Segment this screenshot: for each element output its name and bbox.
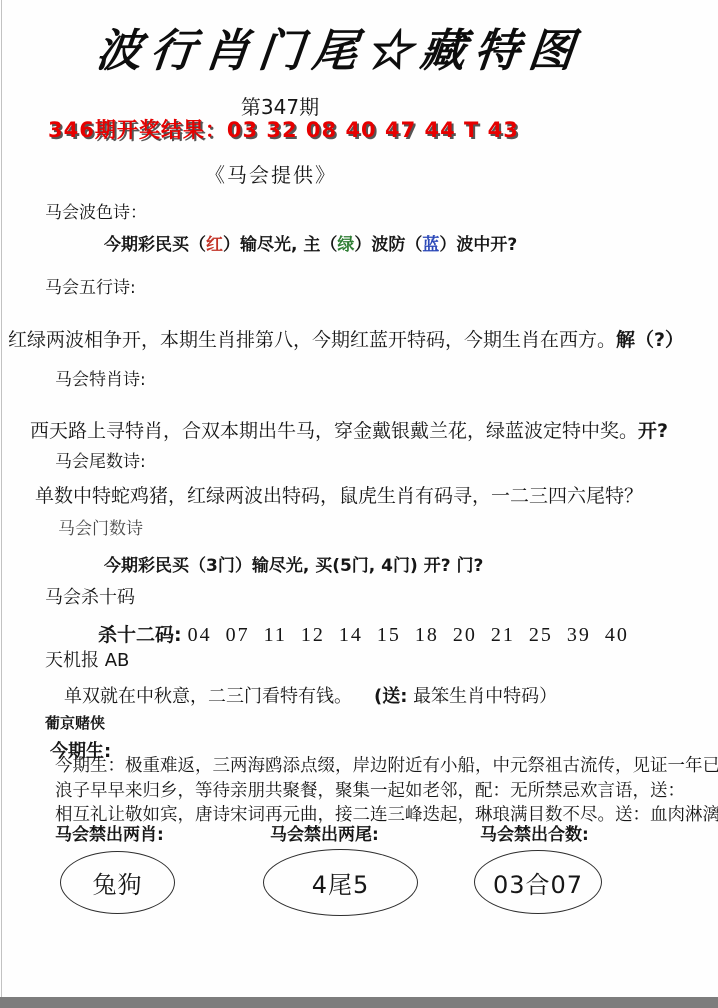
special-zodiac-text: 西天路上寻特肖，合双本期出牛马，穿金戴银戴兰花，绿蓝波定特中奖。: [30, 420, 638, 442]
left-border-line: [1, 0, 2, 1008]
forbidden-sum-oval: 03合07: [474, 850, 602, 914]
section-label-wave-color-poem: 马会波色诗：: [45, 198, 147, 223]
forbidden-tail-label: 马会禁出两尾:: [270, 820, 379, 845]
section-label-tianji-report: 天机报 AB: [45, 646, 129, 672]
five-elements-answer: 解（?）: [616, 329, 684, 351]
previous-draw-result: 346期开奖结果：03 32 08 40 47 44 T 43: [48, 114, 519, 144]
tail-number-poem: 单数中特蛇鸡猪，红绿两波出特码，鼠虎生肖有码寻，一二三四六尾特？: [35, 481, 643, 508]
forbidden-tail-value: 4尾5: [312, 865, 370, 900]
wave-poem-suffix: ）波中开?: [439, 235, 517, 255]
pujing-line-1: 今期生：极重难返，三两海鸥添点缀，岸边附近有小船，中元祭祖古流传，见证一年已过: [55, 754, 713, 779]
bottom-bar: [0, 997, 718, 1008]
forbidden-zodiac-label: 马会禁出两肖:: [55, 820, 164, 845]
provider-label: 《马会提供》: [205, 159, 337, 188]
forbidden-zodiac-oval: 兔狗: [60, 851, 175, 914]
green-wave-char: 绿: [337, 235, 354, 255]
section-label-pujing-gambler: 葡京赌侠: [45, 712, 105, 733]
page-title: 波行肖门尾☆藏特图: [27, 14, 654, 79]
kill-twelve-numbers: 04 07 11 12 14 15 18 20 21 25 39 40: [188, 624, 629, 646]
forbidden-zodiac-value: 兔狗: [93, 865, 143, 900]
kill-twelve-codes-line: 杀十二码: 04 07 11 12 14 15 18 20 21 25 39 4…: [98, 620, 629, 647]
section-label-five-elements-poem: 马会五行诗:: [45, 273, 136, 298]
blue-wave-char: 蓝: [422, 235, 439, 255]
section-label-tail-number-poem: 马会尾数诗:: [55, 447, 146, 472]
tianji-text: 单双就在中秋意，二三门看特有钱。: [64, 686, 352, 707]
red-wave-char: 红: [206, 235, 223, 255]
kill-twelve-label: 杀十二码:: [98, 624, 182, 646]
pujing-paragraph: 今期生：极重难返，三两海鸥添点缀，岸边附近有小船，中元祭祖古流传，见证一年已过 …: [55, 754, 713, 828]
lottery-tip-sheet: 波行肖门尾☆藏特图 第347期 346期开奖结果：03 32 08 40 47 …: [0, 0, 718, 1008]
pujing-line-2: 浪子早早来归乡，等待亲朋共聚餐，聚集一起如老邻，配：无所禁忌欢言语，送：: [55, 779, 713, 804]
wave-poem-mid2: ）波防（: [354, 235, 422, 255]
forbidden-sum-label: 马会禁出合数:: [480, 820, 589, 845]
wave-color-poem: 今期彩民买（红）输尽光, 主（绿）波防（蓝）波中开?: [104, 230, 517, 255]
section-label-special-zodiac-poem: 马会特肖诗:: [55, 365, 146, 390]
five-elements-poem: 红绿两波相争开，本期生肖排第八，今期红蓝开特码，今期生肖在西方。解（?）: [8, 325, 684, 352]
five-elements-text: 红绿两波相争开，本期生肖排第八，今期红蓝开特码，今期生肖在西方。: [8, 329, 616, 351]
tianji-poem: 单双就在中秋意，二三门看特有钱。(送: 最笨生肖中特码）: [64, 682, 557, 708]
special-zodiac-answer: 开?: [638, 420, 668, 442]
section-label-kill-ten-codes: 马会杀十码: [45, 583, 135, 609]
forbidden-sum-value: 03合07: [493, 865, 583, 900]
gift-label: (送:: [374, 686, 407, 707]
gift-text: 最笨生肖中特码）: [413, 686, 557, 707]
special-zodiac-poem: 西天路上寻特肖，合双本期出牛马，穿金戴银戴兰花，绿蓝波定特中奖。开?: [30, 416, 668, 443]
wave-poem-mid1: ）输尽光, 主（: [223, 235, 337, 255]
section-label-gate-number-poem: 马会门数诗: [58, 514, 143, 539]
gate-number-poem: 今期彩民买（3门）输尽光, 买(5门, 4门) 开? 门?: [104, 551, 483, 576]
wave-poem-prefix: 今期彩民买（: [104, 235, 206, 255]
forbidden-tail-oval: 4尾5: [263, 849, 418, 916]
